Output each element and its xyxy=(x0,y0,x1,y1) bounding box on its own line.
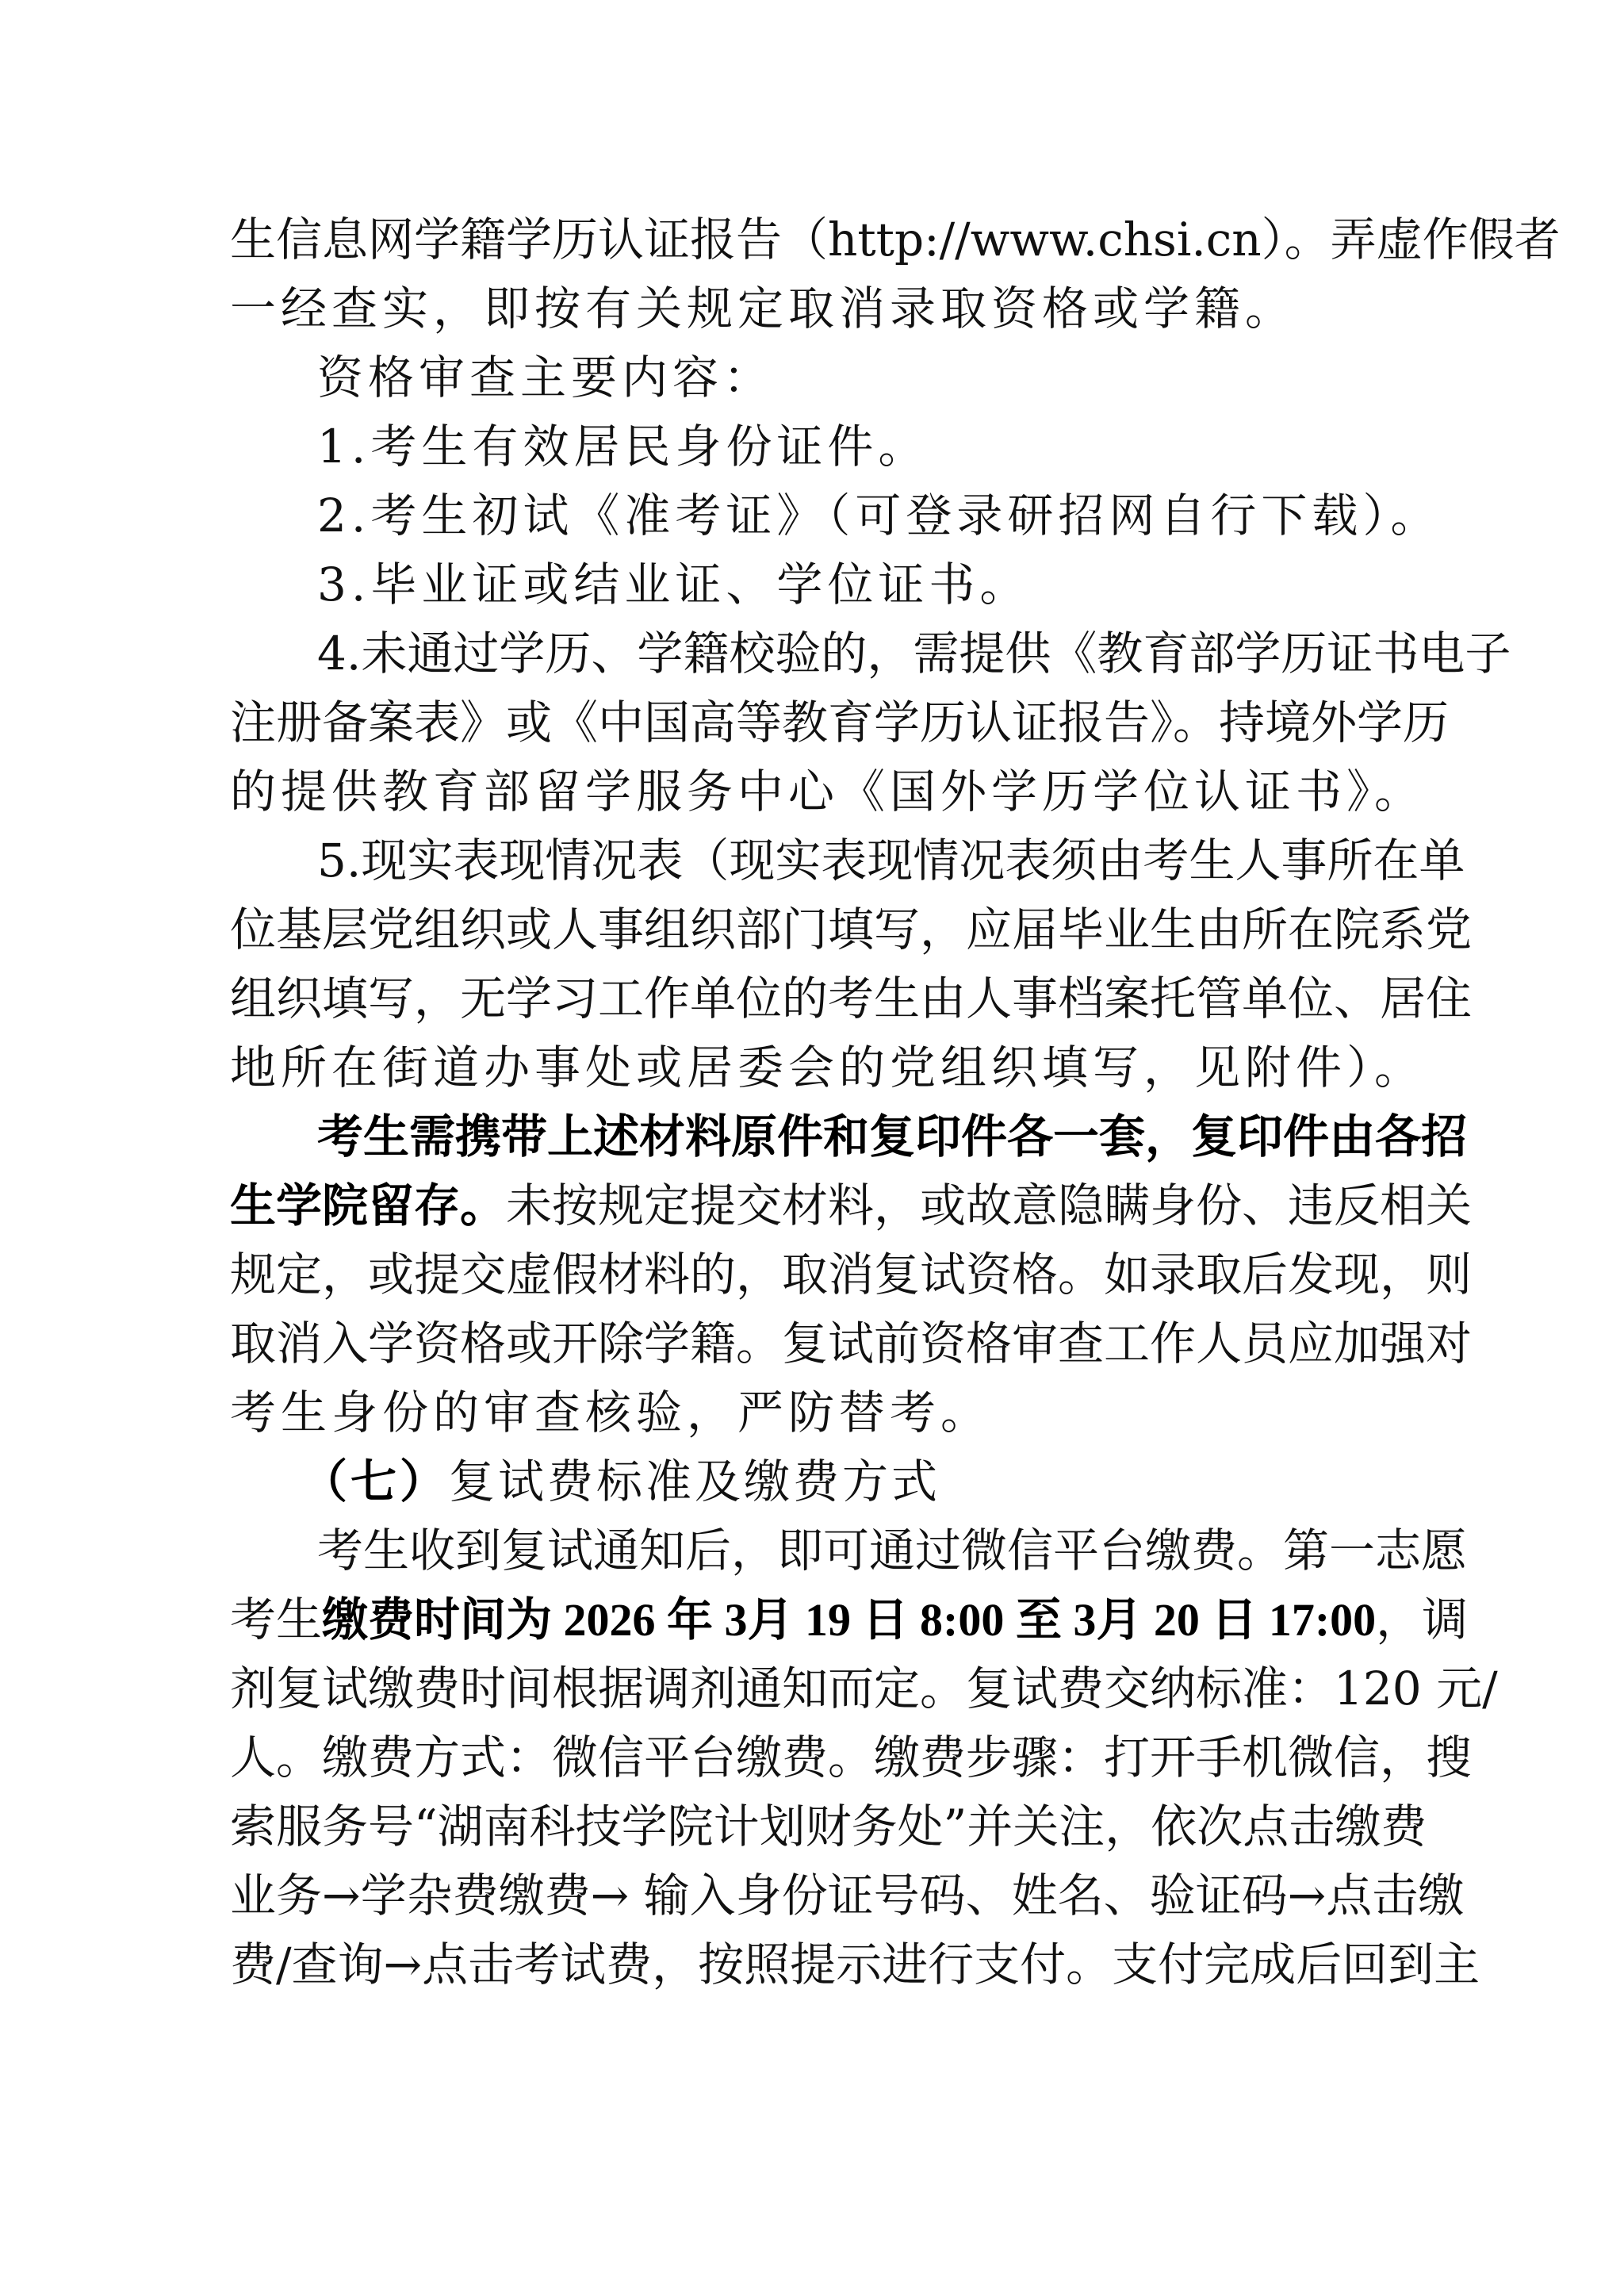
text-line: 规定，或提交虚假材料的，取消复试资格。如录取后发现，则 xyxy=(230,1243,1415,1306)
text-line: 注册备案表》或《中国高等教育学历认证报告》。持境外学历 xyxy=(230,691,1415,754)
text-line: 考生收到复试通知后，即可通过微信平台缴费。第一志愿 xyxy=(317,1519,1415,1582)
bold-notice-end: 生学院留存。 xyxy=(230,1179,506,1232)
list-item-5: 5.现实表现情况表（现实表现情况表须由考生人事所在单 xyxy=(317,829,1415,892)
text-line: 考生身份的审查核验，严防替考。 xyxy=(230,1381,1415,1444)
text-span: ，调 xyxy=(1376,1593,1468,1646)
text-line: 业务→学杂费缴费→ 输入身份证号码、姓名、验证码→点击缴 xyxy=(230,1864,1415,1927)
text-line: 组织填写，无学习工作单位的考生由人事档案托管单位、居住 xyxy=(230,967,1415,1030)
text-line: 地所在街道办事处或居委会的党组织填写，见附件）。 xyxy=(230,1036,1415,1099)
section-title: 复试费标准及缴费方式 xyxy=(449,1455,940,1508)
text-line: 位基层党组织或人事组织部门填写，应届毕业生由所在院系党 xyxy=(230,898,1415,961)
text-span: 考生 xyxy=(230,1593,322,1646)
section-number: （七） xyxy=(301,1455,449,1508)
text-line: 取消入学资格或开除学籍。复试前资格审查工作人员应加强对 xyxy=(230,1312,1415,1375)
text-line: 考生缴费时间为 2026 年 3月 19 日 8:00 至 3月 20 日 17… xyxy=(230,1588,1415,1651)
list-item-3: 3.毕业证或结业证、学位证书。 xyxy=(317,553,1415,616)
text-line: 索服务号“湖南科技学院计划财务处”并关注，依次点击缴费 xyxy=(230,1795,1415,1858)
text-line: 的提供教育部留学服务中心《国外学历学位认证书》。 xyxy=(230,760,1415,823)
text-line: 剂复试缴费时间根据调剂通知而定。复试费交纳标准：120 元/ xyxy=(230,1657,1415,1720)
section-heading: （七）复试费标准及缴费方式 xyxy=(301,1450,1174,1513)
text-line: 费/查询→点击考试费，按照提示进行支付。支付完成后回到主 xyxy=(230,1933,1415,1996)
bold-notice-line: 考生需携带上述材料原件和复印件各一套，复印件由各招 xyxy=(317,1105,1415,1168)
list-item-1: 1.考生有效居民身份证件。 xyxy=(317,415,1415,478)
text-span: 未按规定提交材料，或故意隐瞒身份、违反相关 xyxy=(506,1179,1472,1232)
list-item-2: 2.考生初试《准考证》（可登录研招网自行下载）。 xyxy=(317,484,1415,547)
list-item-4: 4.未通过学历、学籍校验的，需提供《教育部学历证书电子 xyxy=(317,622,1415,685)
payment-time: 缴费时间为 2026 年 3月 19 日 8:00 至 3月 20 日 17:0… xyxy=(322,1594,1376,1646)
text-line: 人。缴费方式：微信平台缴费。缴费步骤：打开手机微信，搜 xyxy=(230,1726,1415,1789)
text-line: 生学院留存。未按规定提交材料，或故意隐瞒身份、违反相关 xyxy=(230,1174,1415,1237)
list-heading: 资格审查主要内容： xyxy=(317,346,1415,409)
text-line: 生信息网学籍学历认证报告（http://www.chsi.cn）。弄虚作假者 xyxy=(230,208,1415,271)
text-line: 一经查实，即按有关规定取消录取资格或学籍。 xyxy=(230,277,1415,340)
document-page: 生信息网学籍学历认证报告（http://www.chsi.cn）。弄虚作假者 一… xyxy=(0,0,1624,2296)
